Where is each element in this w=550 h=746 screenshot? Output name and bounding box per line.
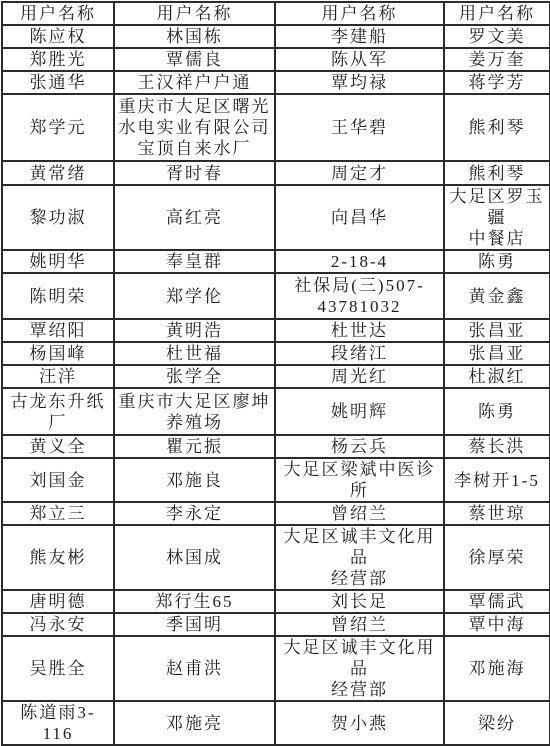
- table-cell: 陈道雨3-116: [2, 701, 114, 745]
- table-cell: 罗文美: [444, 25, 550, 48]
- table-cell: 黎功淑: [2, 185, 114, 250]
- table-cell: 大足区诚丰文化用品 经营部: [275, 636, 444, 701]
- table-cell: 熊友彬: [2, 525, 114, 590]
- table-cell: 高红亮: [114, 185, 275, 250]
- table-cell: 社保局(三)507- 43781032: [275, 273, 444, 319]
- table-cell: 覃均禄: [275, 71, 444, 94]
- table-cell: 杜世福: [114, 342, 275, 365]
- table-cell: 汪洋: [2, 365, 114, 388]
- table-cell: 黄明浩: [114, 319, 275, 342]
- table-cell: 刘国金: [2, 458, 114, 502]
- table-cell: 陈从军: [275, 48, 444, 71]
- table-cell: 蒋学芳: [444, 71, 550, 94]
- table-cell: 赵甫洪: [114, 636, 275, 701]
- table-cell: 季国明: [114, 613, 275, 636]
- table-row: 黄常绪胥时春周定才熊利琴: [2, 161, 550, 185]
- table-row: 冯永安季国明曾绍兰覃中海: [2, 613, 550, 636]
- table-row: 覃绍阳黄明浩杜世达张昌亚: [2, 319, 550, 342]
- table-cell: 郑学伦: [114, 273, 275, 319]
- table-cell: 林国栋: [114, 25, 275, 48]
- table-row: 陈应权林国栋李建船罗文美: [2, 25, 550, 48]
- table-cell: 邓施海: [444, 636, 550, 701]
- table-cell: 张昌亚: [444, 319, 550, 342]
- table-cell: 姜万奎: [444, 48, 550, 71]
- table-cell: 曾绍兰: [275, 502, 444, 525]
- table-cell: 陈勇: [444, 388, 550, 435]
- table-cell: 重庆市大足区曙光 水电实业有限公司 宝顶自来水厂: [114, 94, 275, 161]
- table-cell: 杜世达: [275, 319, 444, 342]
- table-cell: 郑学元: [2, 94, 114, 161]
- table-cell: 大足区诚丰文化用品 经营部: [275, 525, 444, 590]
- table-row: 郑胜光覃儒良陈从军姜万奎: [2, 48, 550, 71]
- user-name-table: 用户名称 用户名称 用户名称 用户名称 陈应权林国栋李建船罗文美郑胜光覃儒良陈从…: [1, 1, 550, 746]
- table-cell: 李建船: [275, 25, 444, 48]
- table-cell: 刘长足: [275, 590, 444, 613]
- table-cell: 唐明德: [2, 590, 114, 613]
- table-cell: 贺小燕: [275, 701, 444, 745]
- document-page: 用户名称 用户名称 用户名称 用户名称 陈应权林国栋李建船罗文美郑胜光覃儒良陈从…: [0, 0, 550, 639]
- table-cell: 吴胜全: [2, 636, 114, 701]
- table-cell: 瞿元振: [114, 435, 275, 458]
- table-cell: 覃中海: [444, 613, 550, 636]
- table-cell: 邓施良: [114, 458, 275, 502]
- column-header: 用户名称: [2, 2, 114, 25]
- table-cell: 杨云兵: [275, 435, 444, 458]
- table-cell: 胥时春: [114, 161, 275, 185]
- table-cell: 郑立三: [2, 502, 114, 525]
- table-cell: 陈明荣: [2, 273, 114, 319]
- table-cell: 李永定: [114, 502, 275, 525]
- column-header: 用户名称: [114, 2, 275, 25]
- table-cell: 邓施亮: [114, 701, 275, 745]
- table-cell: 向昌华: [275, 185, 444, 250]
- table-cell: 奉皇群: [114, 250, 275, 273]
- table-row: 刘国金邓施良大足区梁斌中医诊所李树开1-5: [2, 458, 550, 502]
- table-cell: 蔡世琼: [444, 502, 550, 525]
- table-row: 张通华王汉祥户户通覃均禄蒋学芳: [2, 71, 550, 94]
- table-cell: 梁纷: [444, 701, 550, 745]
- table-cell: 熊利琴: [444, 161, 550, 185]
- table-cell: 姚明华: [2, 250, 114, 273]
- table-row: 姚明华奉皇群2-18-4陈勇: [2, 250, 550, 273]
- column-header: 用户名称: [275, 2, 444, 25]
- table-cell: 陈勇: [444, 250, 550, 273]
- table-cell: 黄金鑫: [444, 273, 550, 319]
- table-cell: 陈应权: [2, 25, 114, 48]
- table-cell: 古龙东升纸厂: [2, 388, 114, 435]
- table-row: 郑立三李永定曾绍兰蔡世琼: [2, 502, 550, 525]
- table-cell: 杨国峰: [2, 342, 114, 365]
- table-row: 杨国峰杜世福段绪江张昌亚: [2, 342, 550, 365]
- table-cell: 姚明辉: [275, 388, 444, 435]
- table-cell: 杜淑红: [444, 365, 550, 388]
- table-body: 陈应权林国栋李建船罗文美郑胜光覃儒良陈从军姜万奎张通华王汉祥户户通覃均禄蒋学芳郑…: [2, 25, 550, 745]
- table-cell: 张通华: [2, 71, 114, 94]
- table-row: 郑学元重庆市大足区曙光 水电实业有限公司 宝顶自来水厂王华碧熊利琴: [2, 94, 550, 161]
- table-cell: 段绪江: [275, 342, 444, 365]
- table-cell: 蔡长洪: [444, 435, 550, 458]
- table-cell: 曾绍兰: [275, 613, 444, 636]
- table-cell: 大足区梁斌中医诊所: [275, 458, 444, 502]
- table-cell: 周定才: [275, 161, 444, 185]
- table-cell: 郑行生65: [114, 590, 275, 613]
- table-row: 吴胜全赵甫洪大足区诚丰文化用品 经营部邓施海: [2, 636, 550, 701]
- table-cell: 张学全: [114, 365, 275, 388]
- table-cell: 覃儒武: [444, 590, 550, 613]
- table-row: 古龙东升纸厂重庆市大足区廖坤 养殖场姚明辉陈勇: [2, 388, 550, 435]
- table-cell: 张昌亚: [444, 342, 550, 365]
- table-cell: 2-18-4: [275, 250, 444, 273]
- table-cell: 王汉祥户户通: [114, 71, 275, 94]
- table-cell: 黄常绪: [2, 161, 114, 185]
- table-row: 黎功淑高红亮向昌华大足区罗玉疆 中餐店: [2, 185, 550, 250]
- table-cell: 王华碧: [275, 94, 444, 161]
- table-row: 唐明德郑行生65刘长足覃儒武: [2, 590, 550, 613]
- table-cell: 黄义全: [2, 435, 114, 458]
- table-row: 陈道雨3-116邓施亮贺小燕梁纷: [2, 701, 550, 745]
- table-cell: 李树开1-5: [444, 458, 550, 502]
- table-row: 汪洋张学全周光红杜淑红: [2, 365, 550, 388]
- table-cell: 冯永安: [2, 613, 114, 636]
- table-cell: 覃儒良: [114, 48, 275, 71]
- table-cell: 徐厚荣: [444, 525, 550, 590]
- table-row: 熊友彬林国成大足区诚丰文化用品 经营部徐厚荣: [2, 525, 550, 590]
- table-row: 黄义全瞿元振杨云兵蔡长洪: [2, 435, 550, 458]
- column-header: 用户名称: [444, 2, 550, 25]
- table-row: 陈明荣郑学伦社保局(三)507- 43781032黄金鑫: [2, 273, 550, 319]
- table-cell: 林国成: [114, 525, 275, 590]
- table-cell: 熊利琴: [444, 94, 550, 161]
- header-row: 用户名称 用户名称 用户名称 用户名称: [2, 2, 550, 25]
- table-cell: 覃绍阳: [2, 319, 114, 342]
- table-cell: 大足区罗玉疆 中餐店: [444, 185, 550, 250]
- table-cell: 郑胜光: [2, 48, 114, 71]
- table-cell: 周光红: [275, 365, 444, 388]
- table-cell: 重庆市大足区廖坤 养殖场: [114, 388, 275, 435]
